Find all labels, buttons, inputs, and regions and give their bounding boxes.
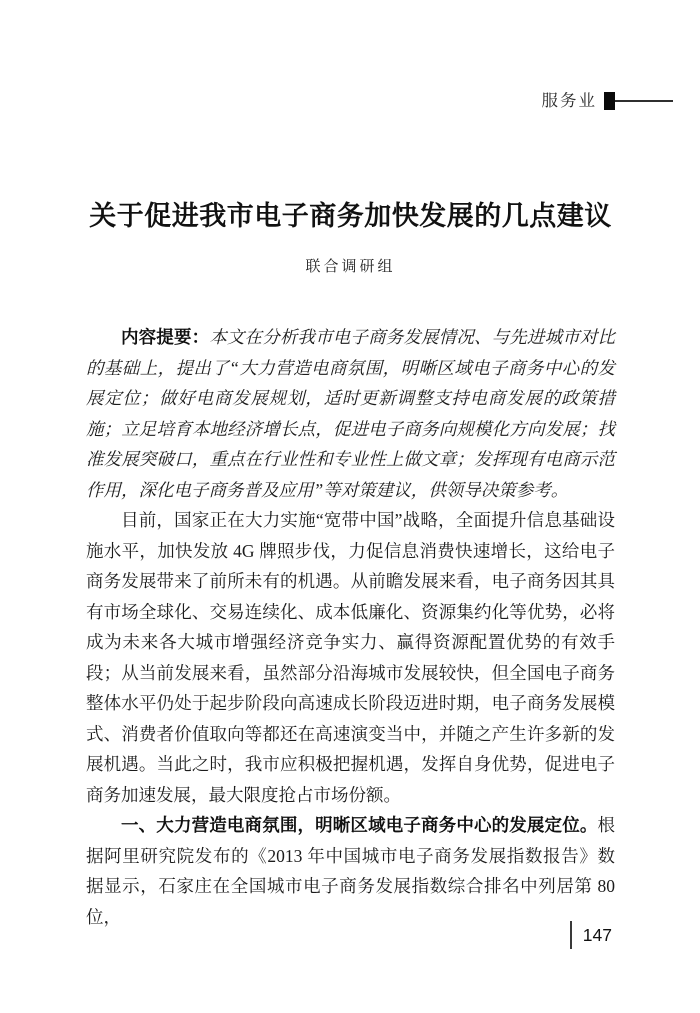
abstract-text: 本文在分析我市电子商务发展情况、与先进城市对比的基础上，提出了“大力营造电商氛围… [86, 327, 615, 500]
page-footer: 147 [570, 920, 612, 950]
article-author: 联合调研组 [86, 255, 615, 276]
body-paragraph-1: 目前，国家正在大力实施“宽带中国”战略，全面提升信息基础设施水平，加快发放 4G… [86, 505, 615, 810]
section-heading: 一、大力营造电商氛围，明晰区域电子商务中心的发展定位。 [121, 815, 598, 835]
document-page: 服务业 关于促进我市电子商务加快发展的几点建议 联合调研组 内容提要：本文在分析… [0, 0, 700, 1013]
abstract-label: 内容提要： [121, 327, 209, 347]
page-number: 147 [583, 920, 612, 950]
abstract-paragraph: 内容提要：本文在分析我市电子商务发展情况、与先进城市对比的基础上，提出了“大力营… [86, 322, 615, 505]
header-rule [615, 100, 673, 102]
article-body: 关于促进我市电子商务加快发展的几点建议 联合调研组 内容提要：本文在分析我市电子… [86, 0, 615, 932]
body-paragraph-2: 一、大力营造电商氛围，明晰区域电子商务中心的发展定位。根据阿里研究院发布的《20… [86, 810, 615, 932]
article-title: 关于促进我市电子商务加快发展的几点建议 [86, 0, 615, 235]
page-number-rule [570, 921, 572, 949]
paragraph-text: 目前，国家正在大力实施“宽带中国”战略，全面提升信息基础设施水平，加快发放 4G… [86, 510, 615, 805]
